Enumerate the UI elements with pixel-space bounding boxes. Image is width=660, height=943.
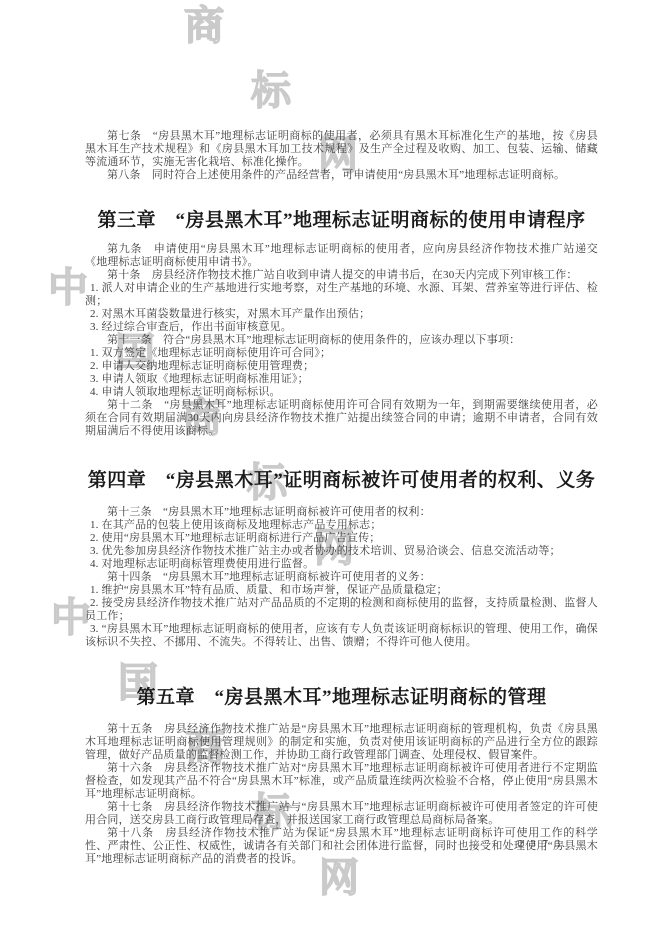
- list-item: 3. 优先参加房县经济作物技术推广站主办或者协办的技术培训、贸易洽谈会、信息交流…: [85, 545, 598, 558]
- chapter-heading: 第四章 “房县黑木耳”证明商标被许可使用者的权利、义务: [85, 468, 598, 493]
- paragraph: 第十一条 符合“房县黑木耳”地理标志证明商标的使用条件的，应该办理以下事项：: [85, 334, 598, 347]
- list-item: 3. “房县黑木耳”地理标志证明商标的使用者，应该有专人负责该证明商标标识的管理…: [85, 623, 598, 649]
- watermark-char: 中: [48, 268, 88, 308]
- list-item: 1. 双方签定《地理标志证明商标使用许可合同》；: [85, 347, 598, 360]
- paragraph: 第十条 房县经济作物技术推广站自收到申请人提交的申请书后，在30天内完成下列审核…: [85, 269, 598, 282]
- chapter-heading: 第五章 “房县黑木耳”地理标志证明商标的管理: [85, 685, 598, 710]
- list-item: 1. 在其产品的包装上使用该商标及地理标志产品专用标志；: [85, 519, 598, 532]
- list-item: 4. 对地理标志证明商标管理费使用进行监督。: [85, 558, 598, 571]
- paragraph: 第八条 同时符合上述使用条件的产品经营者，可申请使用“房县黑木耳”地理标志证明商…: [85, 169, 598, 182]
- list-item: 2. 使用“房县黑木耳”地理标志证明商标进行产品广告宣传；: [85, 532, 598, 545]
- document-page: 商标网中国商标网中国商标网 第七条 “房县黑木耳”地理标志证明商标的使用者，必须…: [0, 0, 660, 943]
- section-1: 第三章 “房县黑木耳”地理标志证明商标的使用申请程序第九条 申请使用“房县黑木耳…: [85, 208, 598, 438]
- watermark-char: 标: [251, 71, 291, 111]
- document-content: 第七条 “房县黑木耳”地理标志证明商标的使用者，必须具有黑木耳标准化生产的基地，…: [85, 130, 598, 866]
- chapter-heading: 第三章 “房县黑木耳”地理标志证明商标的使用申请程序: [85, 208, 598, 233]
- list-item: 2. 对黑木耳菌袋数量进行核实，对黑木耳产量作出预估；: [85, 308, 598, 321]
- paragraph: 第十七条 房县经济作物技术推广站与“房县黑木耳”地理标志证明商标被许可使用者签定…: [85, 801, 598, 827]
- paragraph: 第七条 “房县黑木耳”地理标志证明商标的使用者，必须具有黑木耳标准化生产的基地，…: [85, 130, 598, 169]
- paragraph: 第十二条 “房县黑木耳”地理标志证明商标使用许可合同有效期为一年，到期需要继续使…: [85, 399, 598, 438]
- list-item: 3. 经过综合审查后，作出书面审核意见。: [85, 321, 598, 334]
- list-item: 3. 申请人领取《地理标志证明商标准用证》；: [85, 373, 598, 386]
- list-item: 2. 申请人交纳地理标志证明商标使用管理费；: [85, 360, 598, 373]
- list-item: 1. 维护“房县黑木耳”特有品质、质量、和市场声誉，保证产品质量稳定；: [85, 584, 598, 597]
- paragraph: 第十三条 “房县黑木耳”地理标志证明商标被许可使用者的权利：: [85, 506, 598, 519]
- list-item: 2. 接受房县经济作物技术推广站对产品品质的不定期的检测和商标使用的监督，支持质…: [85, 597, 598, 623]
- paragraph: 第十五条 房县经济作物技术推广站是“房县黑木耳”地理标志证明商标的管理机构，负责…: [85, 723, 598, 762]
- list-item: 4. 申请人领取地理标志证明商标标识。: [85, 386, 598, 399]
- paragraph: 第十六条 房县经济作物技术推广站对“房县黑木耳”地理标志证明商标被许可使用者进行…: [85, 762, 598, 801]
- list-item: 1. 派人对申请企业的生产基地进行实地考察，对生产基地的环境、水源、耳架、营养室…: [85, 282, 598, 308]
- page-number: 2 3 7 3.: [518, 838, 567, 850]
- watermark-char: 商: [184, 6, 224, 46]
- paragraph: 第九条 申请使用“房县黑木耳”地理标志证明商标的使用者，应向房县经济作物技术推广…: [85, 243, 598, 269]
- section-2: 第四章 “房县黑木耳”证明商标被许可使用者的权利、义务第十三条 “房县黑木耳”地…: [85, 468, 598, 649]
- section-0: 第七条 “房县黑木耳”地理标志证明商标的使用者，必须具有黑木耳标准化生产的基地，…: [85, 130, 598, 182]
- paragraph: 第十四条 “房县黑木耳”地理标志证明商标被许可使用者的义务：: [85, 571, 598, 584]
